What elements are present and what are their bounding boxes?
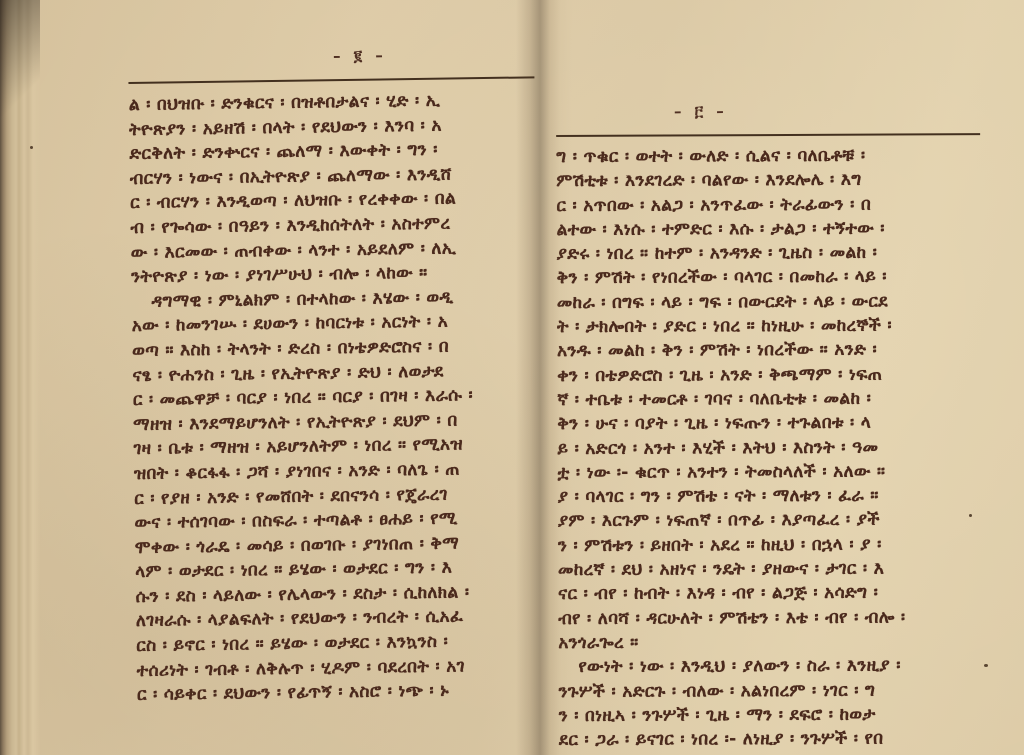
text-line: አንዱ ፡ መልከ ፡ ቅን ፡ ምሽት ፡ ነበረችው ። አንድ ፡: [557, 338, 981, 364]
paper-speck: [30, 146, 33, 149]
right-page-header-rule: [556, 133, 980, 137]
left-page-text-column: – ፪ – ል ፡ በህዝቡ ፡ ድንቁርና ፡ በዝቶበታልና ፡ ሂድ ፡ …: [128, 44, 540, 707]
text-line: ቀን ፡ በቴዎድሮስ ፡ ጊዜ ፡ አንድ ፡ ቅጫማም ፡ ነፍጠ: [557, 362, 981, 388]
text-line: አንጎራጐረ ።: [558, 629, 982, 655]
book-gutter-shadow: [516, 0, 572, 755]
scanned-book-photo: – ፪ – ል ፡ በህዝቡ ፡ ድንቁርና ፡ በዝቶበታልና ፡ ሂድ ፡ …: [0, 0, 1024, 755]
text-line: ቅን ፡ ምሽት ፡ የነበረችው ፡ ባላገር ፡ በመከራ ፡ ላይ ፡: [557, 265, 981, 291]
text-line: ያ ፡ ባላገር ፡ ግን ፡ ምሽቴ ፡ ናት ፡ ማለቱን ፡ ፈራ ።: [558, 483, 982, 509]
text-line: ንጉሦች ፡ አድርጉ ፡ ብለው ፡ አልነበረም ፡ ነገር ፡ ግ: [559, 678, 983, 704]
text-line: ግ ፡ ጥቁር ፡ ወተት ፡ ውለድ ፡ ሲልና ፡ ባለቤቶቹ ፡: [556, 143, 980, 169]
right-page: – ፫ – ግ ፡ ጥቁር ፡ ወተት ፡ ውለድ ፡ ሲልና ፡ ባለቤቶቹ …: [540, 0, 1024, 755]
text-line: ቷ ፡ ነው ፡- ቁርጥ ፡ አንተን ፡ ትመስላለች ፡ አለው ።: [558, 459, 982, 485]
text-line: ያም ፡ እርጉም ፡ ነፍጠኛ ፡ በጥፊ ፡ እያጣፈረ ፡ ያች: [558, 508, 982, 534]
text-line: ምሽቲቱ ፡ እንደገረድ ፡ ባልየው ፡ እንደሎሌ ፡ እግ: [556, 167, 980, 193]
text-line: ር ፡ አጥበው ፡ አልጋ ፡ አንጥፈው ፡ ትራፊውን ፡ በ: [556, 192, 980, 218]
text-line: ብየ ፡ ለባሻ ፡ ዳርሁለት ፡ ምሽቴን ፡ እቴ ፡ ብየ ፡ ብሎ ፡: [558, 605, 982, 631]
text-line: ልተው ፡ እነሱ ፡ ተምድር ፡ እሱ ፡ ታልጋ ፡ ተኝተው ፡: [557, 216, 981, 242]
paper-speck: [984, 664, 988, 667]
text-line: ይ ፡ አድርጎ ፡ አንተ ፡ እሂች ፡ እትህ ፡ እስንት ፡ ዓመ: [557, 435, 981, 461]
text-line: መከራ ፡ በግፍ ፡ ላይ ፡ ግፍ ፡ በውርደት ፡ ላይ ፡ ውርደ: [557, 289, 981, 315]
text-line: ናር ፡ ብየ ፡ ከብት ፡ እነዳ ፡ ብየ ፡ ልጋጅ ፡ አሳድግ ፡: [558, 580, 982, 606]
text-line: ን ፡ በነዚኣ ፡ ንጉሦች ፡ ጊዜ ፡ ማን ፡ ደፍሮ ፡ ከወታ: [559, 702, 983, 728]
text-line: ቅን ፡ ሁና ፡ ባያት ፡ ጊዜ ፡ ነፍጡን ፡ ተጉልበቱ ፡ ላ: [557, 410, 981, 436]
right-page-number: – ፫ –: [556, 101, 980, 129]
text-line: ኛ ፡ ተቤቱ ፡ ተመርቶ ፡ ገባና ፡ ባለቤቲቱ ፡ መልከ ፡: [557, 386, 981, 412]
left-page-number: – ፪ –: [128, 44, 534, 76]
text-line: ት ፡ ታክሎበት ፡ ያድር ፡ ነበረ ። ከነዚሁ ፡ መከረኞች ፡: [557, 313, 981, 339]
text-line: መከረኛ ፡ ደህ ፡ አዘነና ፡ ንዴት ፡ ያዘውና ፡ ታገር ፡ እ: [558, 556, 982, 582]
right-page-text-column: – ፫ – ግ ፡ ጥቁር ፡ ወተት ፡ ውለድ ፡ ሲልና ፡ ባለቤቶቹ …: [556, 101, 983, 752]
left-page-body: ል ፡ በህዝቡ ፡ ድንቁርና ፡ በዝቶበታልና ፡ ሂድ ፡ ኢ ትዮጽያ…: [129, 87, 540, 707]
text-line-paragraph-start: የውነት ፡ ነው ፡ እንዲህ ፡ ያለውን ፡ ስራ ፡ እንዚያ ፡: [558, 653, 982, 679]
text-line: ያድሩ ፡ ነበረ ። ከተም ፡ አንዳንድ ፡ ጊዜስ ፡ መልከ ፡: [557, 240, 981, 266]
text-line: ን ፡ ምሽቱን ፡ ይዘበት ፡ አደረ ። ከዚህ ፡ በኋላ ፡ ያ ፡: [558, 532, 982, 558]
right-page-body: ግ ፡ ጥቁር ፡ ወተት ፡ ውለድ ፡ ሲልና ፡ ባለቤቶቹ ፡ ምሽቲቱ…: [556, 143, 983, 752]
left-page-header-rule: [128, 76, 534, 84]
left-page: – ፪ – ል ፡ በህዝቡ ፡ ድንቁርና ፡ በዝቶበታልና ፡ ሂድ ፡ …: [0, 0, 540, 755]
text-line: ደር ፡ ጋራ ፡ ይናገር ፡ ነበረ ፡- ለነዚያ ፡ ንጉሦች ፡ የበ: [559, 726, 983, 752]
text-line: ር ፡ ሳይቀር ፡ ደህውን ፡ የፊጥኝ ፡ አስሮ ፡ ነጭ ፡ ኑ: [137, 678, 540, 708]
paper-speck: [969, 514, 972, 517]
